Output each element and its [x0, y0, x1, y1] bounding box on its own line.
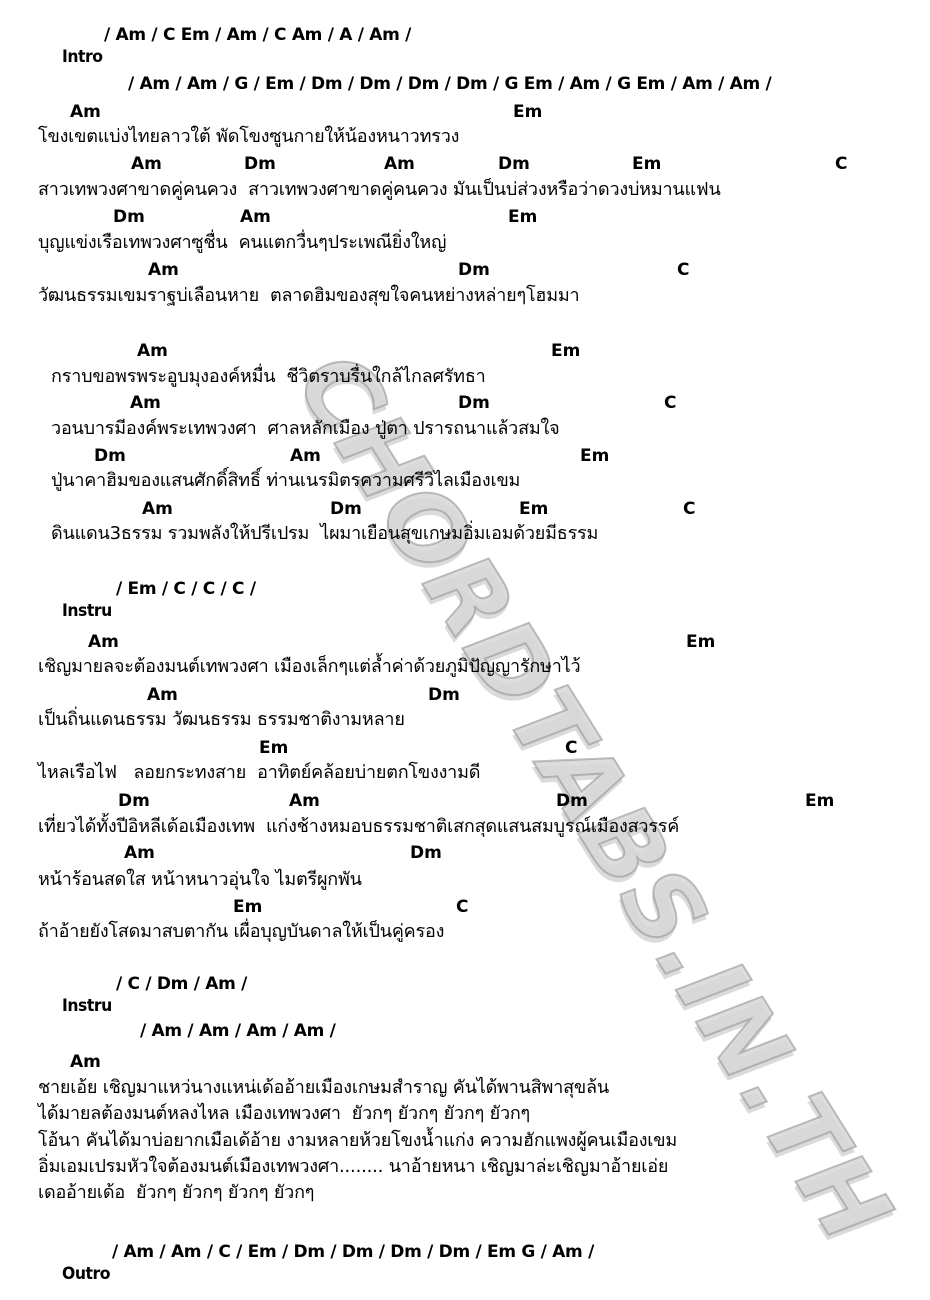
chord: Dm — [244, 153, 276, 175]
section-label: Intro — [62, 46, 103, 68]
chord-row: Dm Am Dm Em — [0, 790, 930, 812]
lyric-line: ถ้าอ้ายยังโสดมาสบตากัน เผื่อบุญบันดาลให้… — [38, 921, 444, 943]
chord: Dm — [428, 684, 460, 706]
chord: Am — [88, 631, 119, 653]
chord: Am — [137, 340, 168, 362]
lyric-line: วัฒนธรรมเขมราฐบ่เลือนหาย ตลาดฮิมของสุขใจ… — [38, 285, 579, 307]
chord-row: Em C — [0, 737, 930, 759]
chord-row: Em C — [0, 896, 930, 918]
chord: Am — [142, 498, 173, 520]
instru-row-2: / Am / Am / Am / Am / — [116, 998, 336, 1020]
section-label: Instru — [62, 995, 112, 1017]
chord: Am — [131, 153, 162, 175]
chord-sheet-page: CHORDTABS.IN.TH Intro / Am / C Em / Am /… — [0, 0, 930, 1300]
chord-row: Am Dm — [0, 684, 930, 706]
chord: Em — [508, 206, 537, 228]
lyric-line: เดออ้ายเด้อ ยัวกๆ ยัวกๆ ยัวกๆ ยัวกๆ — [38, 1182, 314, 1204]
chord: C — [835, 153, 847, 175]
chord: Am — [384, 153, 415, 175]
chord: C — [456, 896, 468, 918]
lyric-line: ดินแดน3ธรรม รวมพลังให้ปรีเปรม ไผมาเยือนส… — [40, 523, 598, 545]
chord-row: Am Dm — [0, 842, 930, 864]
chord: Em — [551, 340, 580, 362]
lyric-line: เชิญมายลจะต้องมนต์เทพวงศา เมืองเล็กๆแต่ล… — [38, 656, 580, 678]
chord-progression: / Am / Am / C / Em / Dm / Dm / Dm / Dm /… — [112, 1241, 594, 1263]
chord: Em — [632, 153, 661, 175]
chord: Em — [513, 101, 542, 123]
chord-row: Dm Am Em — [0, 445, 930, 467]
chord-progression: / Am / Am / G / Em / Dm / Dm / Dm / Dm /… — [128, 74, 771, 94]
intro-row-1: Intro / Am / C Em / Am / C Am / A / Am / — [38, 24, 106, 46]
instru-row-1: Instru / C / Dm / Am / — [38, 973, 116, 995]
lyric-line: ไหลเรือไฟ ลอยกระทงสาย อาทิตย์คล้อยบ่ายตก… — [38, 762, 480, 784]
chord-row: Am Dm C — [0, 259, 930, 281]
chord-progression: / Am / Am / Am / Am / — [140, 1021, 336, 1041]
lyric-line: หน้าร้อนสดใส หน้าหนาวอุ่นใจ ไมตรีผูกพัน — [38, 869, 362, 891]
lyric-line: ปู่นาคาฮิมของแสนศักดิ์สิทธิ์ ท่านเนรมิตร… — [40, 470, 520, 492]
chord-row: Am Em — [0, 631, 930, 653]
lyric-line: โอ้นา คันได้มาบ่อยากเมือเด้อ้าย งามหลายห… — [38, 1130, 677, 1152]
chord: Dm — [458, 392, 490, 414]
chord: Dm — [410, 842, 442, 864]
chord-row: Am — [0, 1051, 930, 1073]
lyric-line: วอนบารมีองค์พระเทพวงศา ศาลหลักเมือง ปู่ต… — [40, 418, 559, 440]
chord: Em — [580, 445, 609, 467]
instru-row-1: Instru / Em / C / C / C / — [38, 578, 116, 600]
chord-row: Am Em — [0, 340, 930, 362]
chord: Am — [124, 842, 155, 864]
lyric-line: กราบขอพรพระอูบมุงองค์หมื่น ชีวิตราบรื่นใ… — [40, 366, 486, 388]
chord: C — [565, 737, 577, 759]
chord: Dm — [118, 790, 150, 812]
lyric-line: เป็นถิ่นแดนธรรม วัฒนธรรม ธรรมชาติงามหลาย — [38, 709, 405, 731]
chord: Am — [148, 259, 179, 281]
chord: Am — [289, 790, 320, 812]
chord: Dm — [458, 259, 490, 281]
chord: C — [683, 498, 695, 520]
chord: Am — [240, 206, 271, 228]
lyric-line: โขงเขตแบ่งไทยลาวใต้ พัดโขงซูนกายให้น้องห… — [38, 126, 459, 148]
chord-row: Dm Am Em — [0, 206, 930, 228]
chord: Am — [70, 1051, 101, 1073]
chord: Am — [130, 392, 161, 414]
outro-row-1: Outro / Am / Am / C / Em / Dm / Dm / Dm … — [38, 1241, 114, 1263]
chord: Em — [805, 790, 834, 812]
chord: C — [664, 392, 676, 414]
chord-progression: / Am / C Em / Am / C Am / A / Am / — [104, 24, 411, 46]
chord: Em — [519, 498, 548, 520]
chord: Dm — [330, 498, 362, 520]
chord-row: Am Em — [0, 101, 930, 123]
chord-row: Am Dm C — [0, 392, 930, 414]
chord-progression: / Em / C / C / C / — [116, 578, 256, 600]
lyric-line: สาวเทพวงศาขาดคู่คนควง สาวเทพวงศาขาดคู่คน… — [38, 179, 721, 201]
section-label: Instru — [62, 600, 112, 622]
chord: Em — [259, 737, 288, 759]
chord: Am — [290, 445, 321, 467]
lyric-line: ชายเอ้ย เชิญมาแหว่นางแหน่เด้ออ้ายเมืองเก… — [38, 1077, 609, 1099]
chord: Dm — [113, 206, 145, 228]
chord: Em — [686, 631, 715, 653]
lyric-line: อิ่มเอมเปรมหัวใจต้องมนต์เมืองเทพวงศา....… — [38, 1156, 668, 1178]
lyric-line: ได้มายลต้องมนต์หลงไหล เมืองเทพวงศา ยัวกๆ… — [38, 1103, 530, 1125]
chord: Dm — [498, 153, 530, 175]
chord: Am — [147, 684, 178, 706]
section-label: Outro — [62, 1263, 110, 1285]
chord: Am — [70, 101, 101, 123]
chord: Dm — [94, 445, 126, 467]
chord-progression: / C / Dm / Am / — [116, 973, 247, 995]
lyric-line: เที่ยวได้ทั้งปีอิหลีเด้อเมืองเทพ แก่งช้า… — [38, 816, 679, 838]
lyric-line: บุญแข่งเรือเทพวงศาซูชื่น คนแตกวื่นๆประเพ… — [38, 232, 446, 254]
chord: Em — [233, 896, 262, 918]
chord: Dm — [556, 790, 588, 812]
intro-row-2: / Am / Am / G / Em / Dm / Dm / Dm / Dm /… — [104, 51, 771, 73]
chord: C — [677, 259, 689, 281]
chord-row: Am Dm Am Dm Em C — [0, 153, 930, 175]
chord-row: Am Dm Em C — [0, 498, 930, 520]
